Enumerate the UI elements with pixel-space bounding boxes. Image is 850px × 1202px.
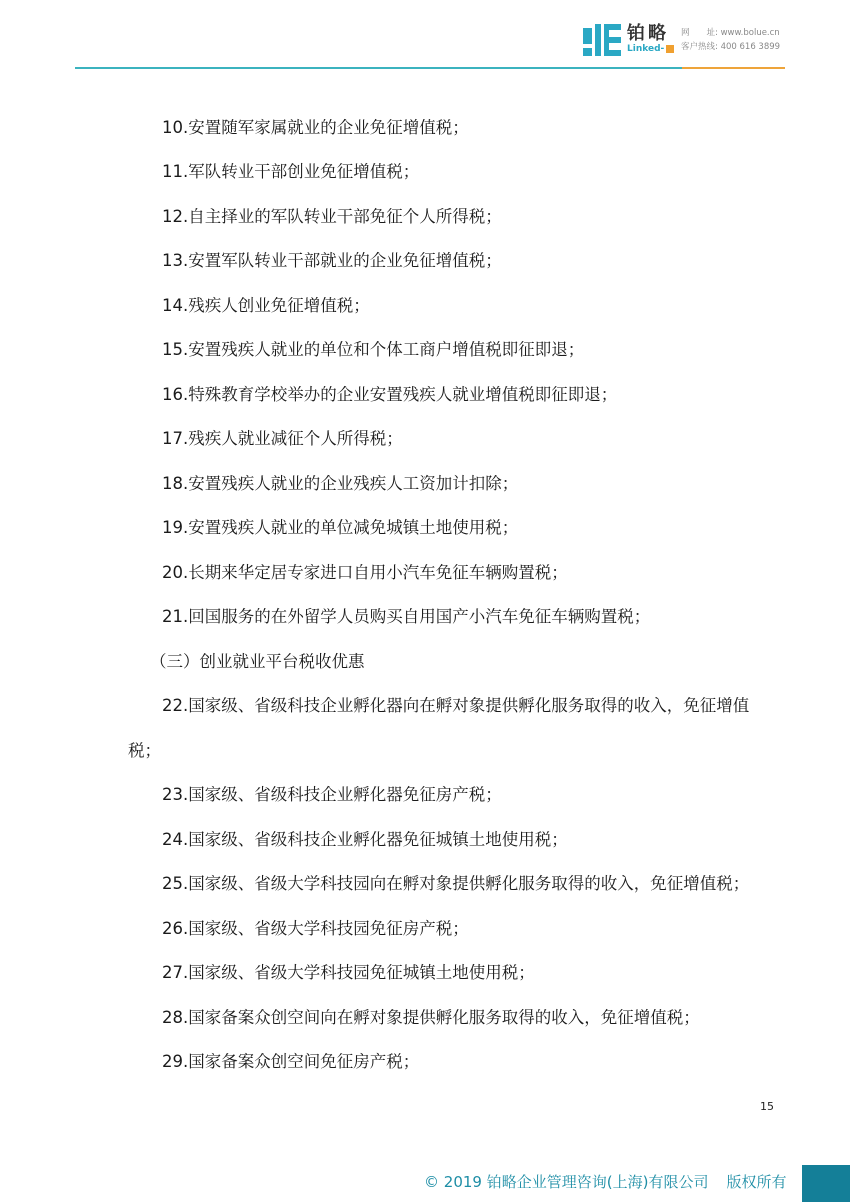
list-item: 20.长期来华定居专家进口自用小汽车免征车辆购置税； bbox=[162, 563, 568, 583]
list-item: 26.国家级、省级大学科技园免征房产税； bbox=[162, 919, 469, 939]
copyright-year: 2019 bbox=[444, 1173, 482, 1191]
hotline-number: 400 616 3899 bbox=[721, 42, 780, 52]
header-divider-teal bbox=[75, 67, 682, 69]
company-name: 铂略企业管理咨询(上海)有限公司 bbox=[487, 1173, 709, 1191]
page-number: 15 bbox=[760, 1100, 774, 1113]
list-item: 23.国家级、省级科技企业孵化器免征房产税； bbox=[162, 785, 502, 805]
footer-accent-block bbox=[802, 1165, 850, 1202]
logo-english-text: Linked- bbox=[627, 44, 664, 54]
header-divider-orange bbox=[682, 67, 785, 69]
list-item: 16.特殊教育学校举办的企业安置残疾人就业增值税即征即退； bbox=[162, 385, 617, 405]
logo-english-name: Linked- bbox=[627, 44, 674, 54]
logo-chinese-name: 铂略 bbox=[627, 24, 674, 44]
website-label: 网 址: bbox=[681, 28, 718, 38]
list-item: 17.残疾人就业减征个人所得税； bbox=[162, 429, 403, 449]
list-item: 29.国家备案众创空间免征房产税； bbox=[162, 1052, 419, 1072]
list-item: 25.国家级、省级大学科技园向在孵对象提供孵化服务取得的收入，免征增值税； bbox=[162, 874, 749, 894]
list-item: 21.回国服务的在外留学人员购买自用国产小汽车免征车辆购置税； bbox=[162, 607, 650, 627]
hotline-label: 客户热线: bbox=[681, 42, 718, 52]
page-header: 铂略 Linked- 网 址: www.bolue.cn 客户热线: 400 6… bbox=[0, 0, 850, 72]
logo-mark-icon bbox=[583, 24, 623, 56]
hotline-row: 客户热线: 400 616 3899 bbox=[681, 40, 780, 54]
list-item: 13.安置军队转业干部就业的企业免征增值税； bbox=[162, 251, 502, 271]
logo-square-icon bbox=[666, 45, 674, 53]
list-item: 15.安置残疾人就业的单位和个体工商户增值税即征即退； bbox=[162, 340, 584, 360]
company-logo: 铂略 Linked- bbox=[583, 24, 674, 58]
list-item: 28.国家备案众创空间向在孵对象提供孵化服务取得的收入，免征增值税； bbox=[162, 1008, 700, 1028]
list-item: 税； bbox=[128, 741, 161, 761]
copyright-symbol: © bbox=[424, 1173, 439, 1191]
contact-info: 网 址: www.bolue.cn 客户热线: 400 616 3899 bbox=[681, 26, 780, 54]
list-item: 19.安置残疾人就业的单位减免城镇土地使用税； bbox=[162, 518, 518, 538]
rights-reserved: 版权所有 bbox=[726, 1173, 786, 1191]
list-item: 27.国家级、省级大学科技园免征城镇土地使用税； bbox=[162, 963, 535, 983]
list-item: 22.国家级、省级科技企业孵化器向在孵对象提供孵化服务取得的收入，免征增值 bbox=[162, 696, 749, 716]
list-item: 24.国家级、省级科技企业孵化器免征城镇土地使用税； bbox=[162, 830, 568, 850]
list-item: 18.安置残疾人就业的企业残疾人工资加计扣除； bbox=[162, 474, 518, 494]
list-item: 11.军队转业干部创业免征增值税； bbox=[162, 162, 419, 182]
list-item: 10.安置随军家属就业的企业免征增值税； bbox=[162, 118, 469, 138]
list-item: 12.自主择业的军队转业干部免征个人所得税； bbox=[162, 207, 502, 227]
website-row: 网 址: www.bolue.cn bbox=[681, 26, 780, 40]
list-item: 14.残疾人创业免征增值税； bbox=[162, 296, 370, 316]
copyright-footer: © 2019 铂略企业管理咨询(上海)有限公司版权所有 bbox=[424, 1171, 786, 1192]
section-heading: （三）创业就业平台税收优惠 bbox=[150, 652, 365, 672]
website-url[interactable]: www.bolue.cn bbox=[721, 28, 780, 38]
